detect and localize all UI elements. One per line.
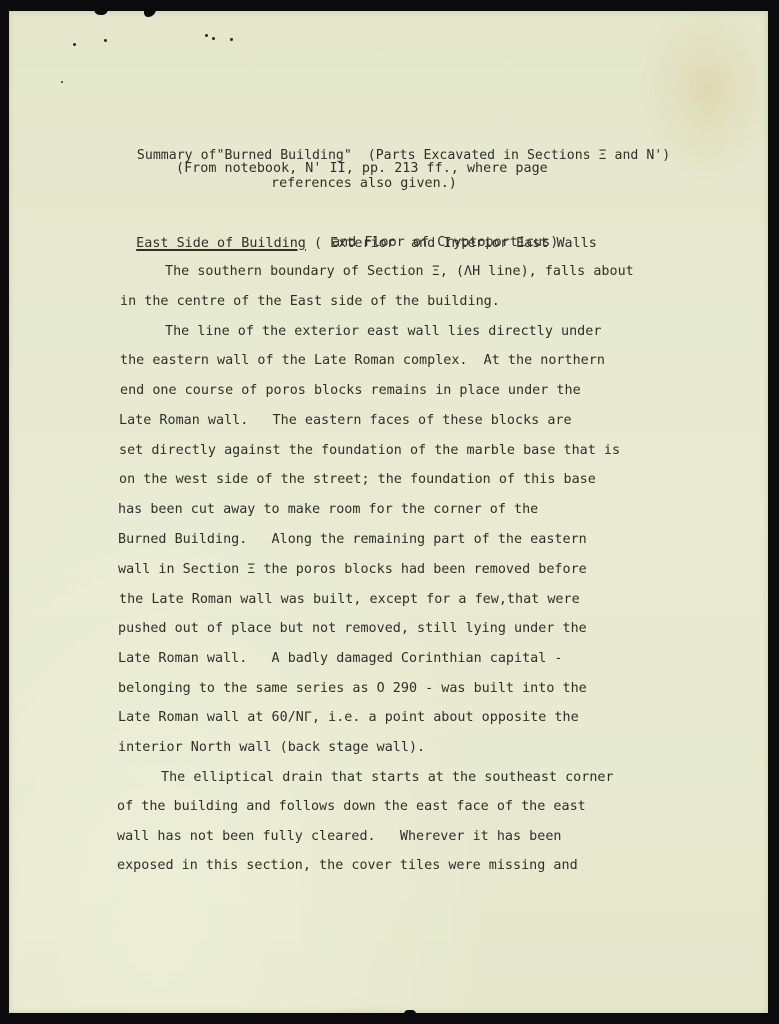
- document-title: Summary of"Burned Building" (Parts Excav…: [121, 132, 670, 164]
- body-line: pushed out of place but not removed, sti…: [118, 621, 587, 637]
- body-line: Burned Building. Along the remaining par…: [118, 532, 587, 548]
- body-line: on the west side of the street; the foun…: [119, 472, 596, 488]
- body-line: Late Roman wall. The eastern faces of th…: [119, 413, 572, 429]
- body-line: in the centre of the East side of the bu…: [120, 294, 500, 310]
- body-line: Late Roman wall. A badly damaged Corinth…: [118, 651, 563, 667]
- body-line: Late Roman wall at 60/NΓ, i.e. a point a…: [118, 710, 579, 726]
- body-line: the Late Roman wall was built, except fo…: [119, 592, 580, 608]
- pin-hole: [104, 39, 107, 42]
- body-line: belonging to the same series as O 290 - …: [118, 681, 587, 697]
- body-line: interior North wall (back stage wall).: [118, 740, 425, 756]
- source-note-line-1: (From notebook, N' II, pp. 213 ff., wher…: [176, 161, 548, 177]
- body-line: The southern boundary of Section Ξ, (ΛH …: [165, 264, 634, 280]
- page-tear: [144, 9, 156, 17]
- body-line: end one course of poros blocks remains i…: [120, 383, 581, 399]
- body-line: The line of the exterior east wall lies …: [165, 324, 601, 340]
- section-heading-subtitle-2: and Floor of Cryptoporticus): [332, 235, 558, 251]
- body-line: wall has not been fully cleared. Whereve…: [117, 829, 562, 845]
- page-tear: [404, 1010, 416, 1015]
- pin-hole: [205, 34, 208, 37]
- pin-hole: [73, 43, 76, 46]
- pin-hole: [230, 38, 233, 41]
- body-line: exposed in this section, the cover tiles…: [117, 858, 578, 874]
- pin-hole: [212, 37, 215, 40]
- section-heading-title: East Side of Building: [136, 236, 306, 251]
- body-line: the eastern wall of the Late Roman compl…: [120, 353, 605, 369]
- pin-hole: [61, 81, 63, 83]
- body-line: wall in Section Ξ the poros blocks had b…: [118, 562, 587, 578]
- body-line: has been cut away to make room for the c…: [118, 502, 538, 518]
- body-line: The elliptical drain that starts at the …: [161, 770, 614, 786]
- source-note-line-2: references also given.): [271, 176, 457, 192]
- body-line: of the building and follows down the eas…: [117, 799, 586, 815]
- page-tear: [94, 9, 108, 15]
- body-line: set directly against the foundation of t…: [119, 443, 620, 459]
